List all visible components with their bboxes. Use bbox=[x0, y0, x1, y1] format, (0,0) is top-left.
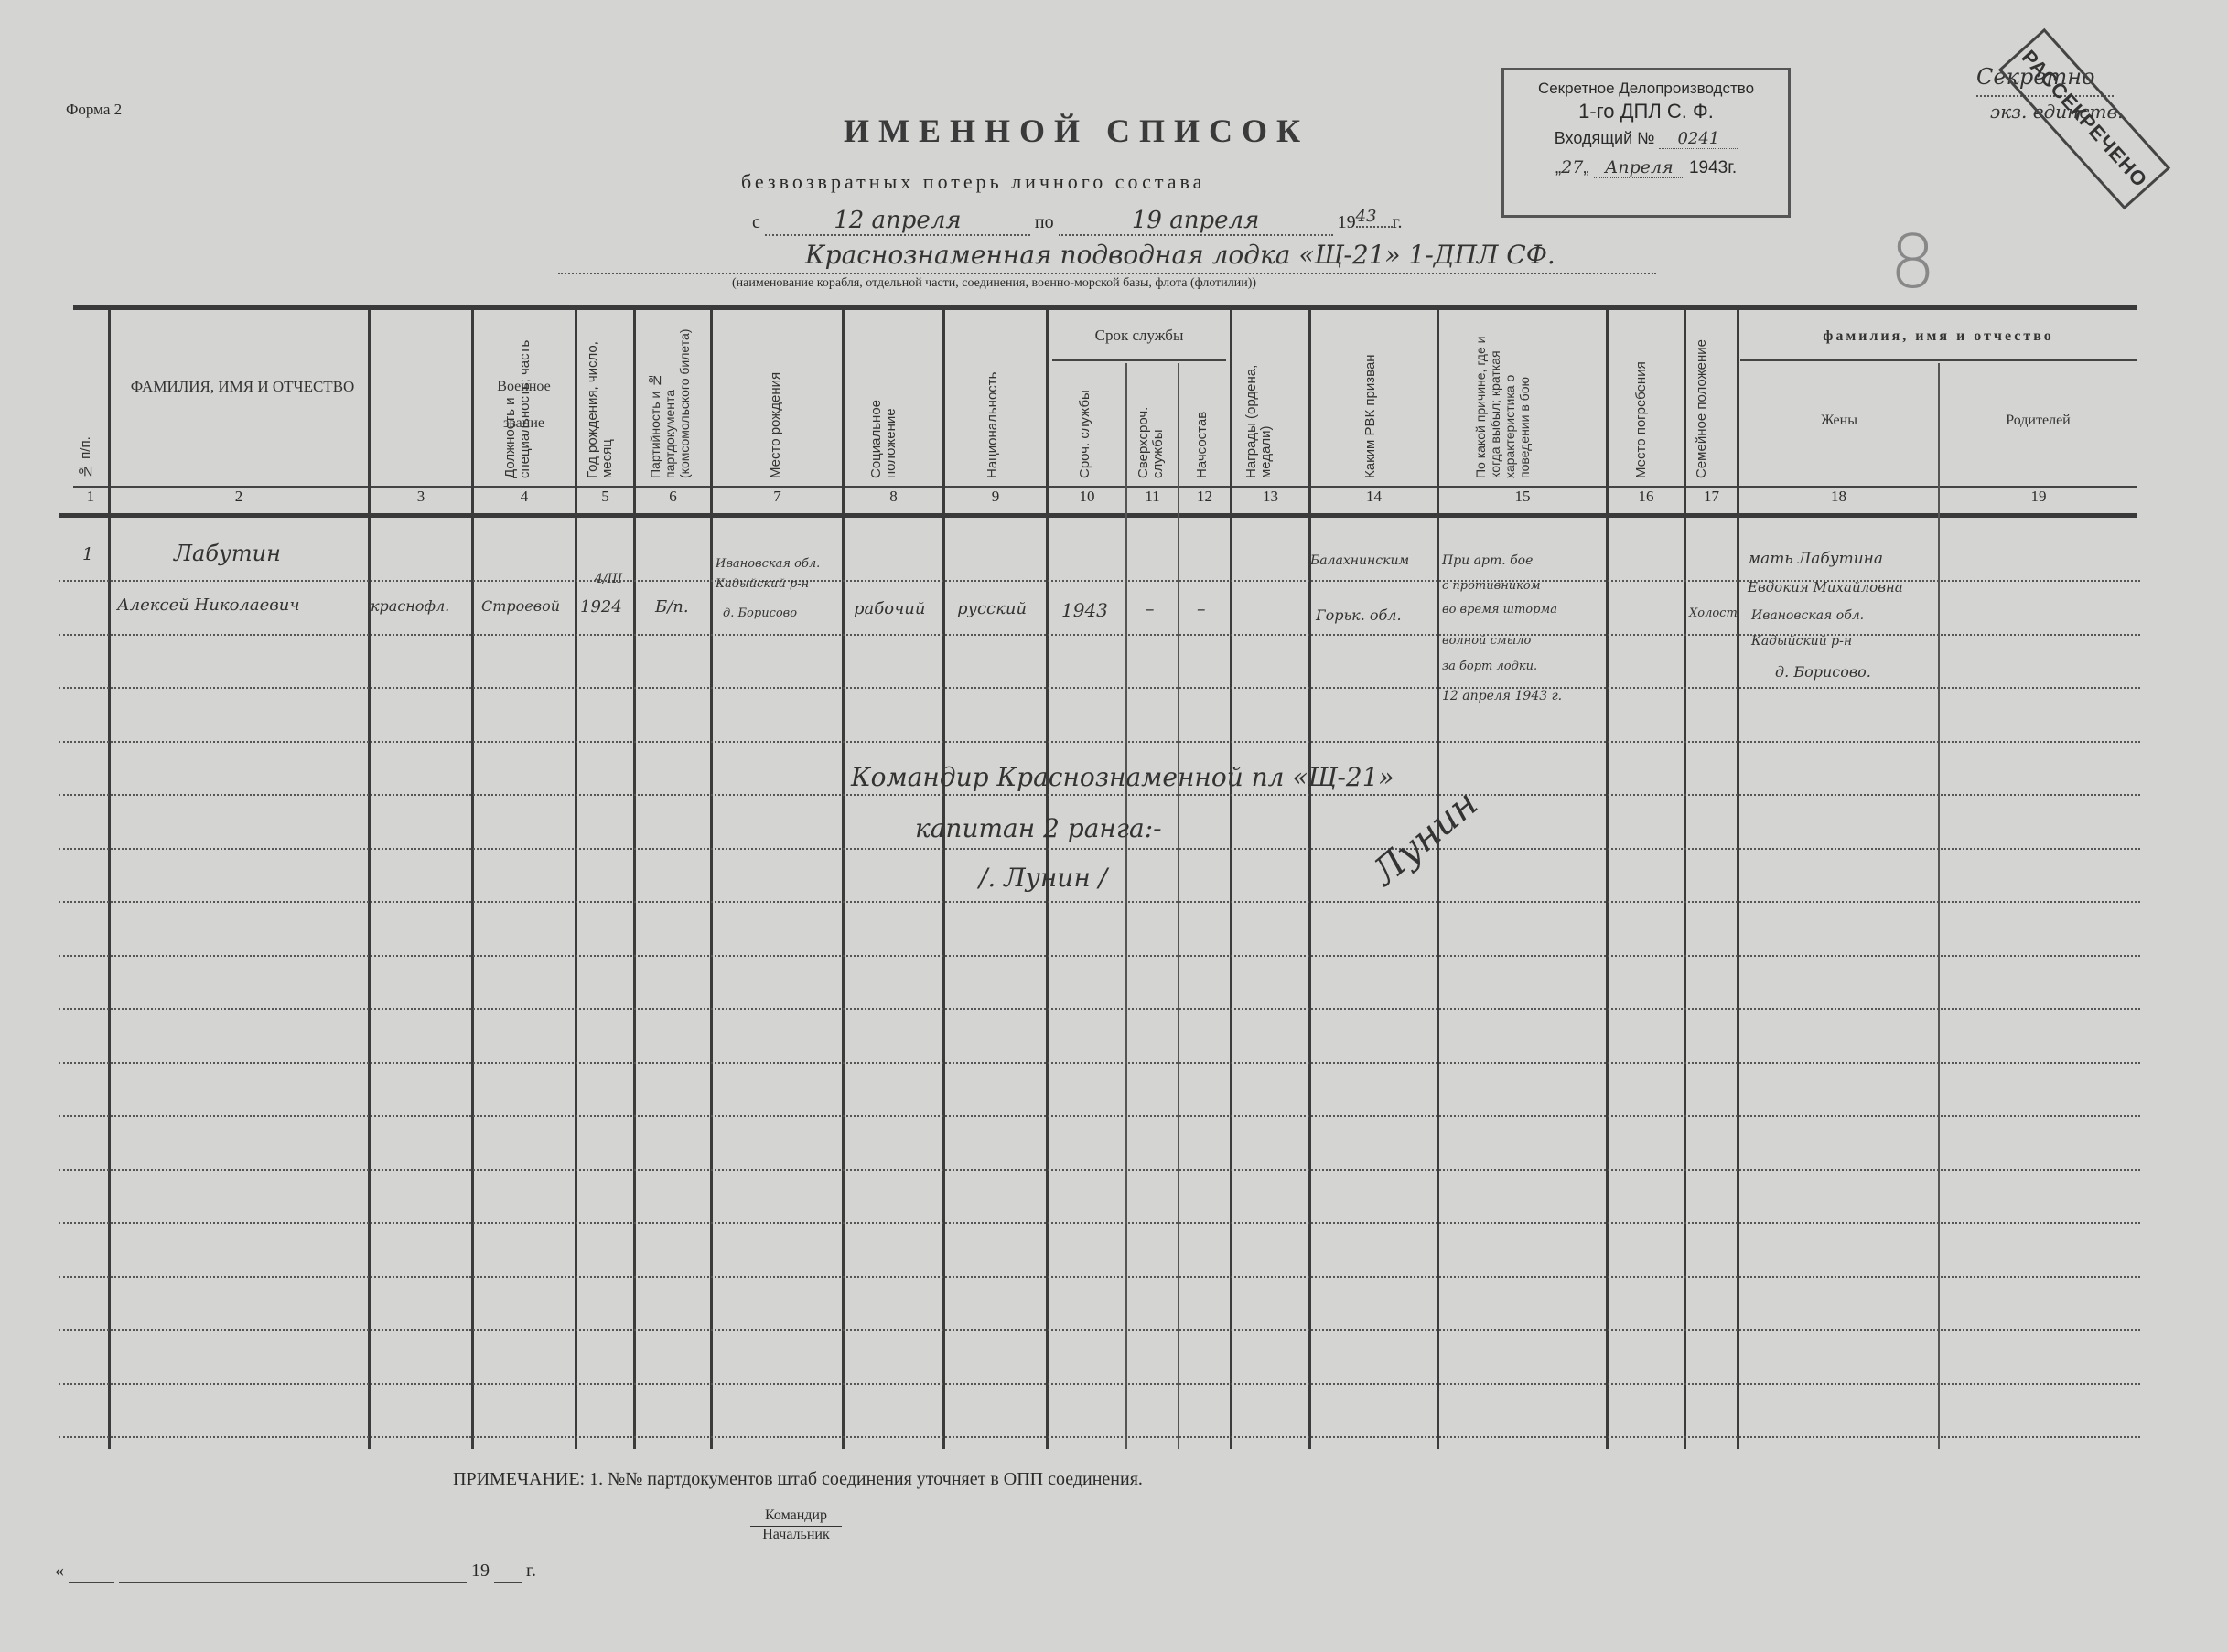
rank: краснофл. bbox=[371, 597, 449, 615]
period-year-prefix: 19 bbox=[1338, 212, 1356, 232]
col-header-19: Родителей bbox=[1940, 413, 2137, 429]
date-month-blank bbox=[119, 1561, 467, 1583]
col-num: 15 bbox=[1439, 488, 1606, 506]
col-header-1: № п/п. bbox=[79, 424, 93, 478]
col-header-16: Место погребения bbox=[1634, 332, 1649, 478]
col-num: 3 bbox=[371, 488, 471, 506]
col-header-5: Год рождения, число, месяц bbox=[586, 314, 622, 478]
col-header-17: Семейное положение bbox=[1695, 332, 1728, 478]
col-header-8: Социальное положение bbox=[869, 332, 915, 478]
period-to-value: 19 апреля bbox=[1059, 207, 1333, 236]
col-num: 12 bbox=[1179, 488, 1230, 506]
stamp-month: Апреля bbox=[1594, 157, 1684, 178]
unit-name: Краснознаменная подводная лодка «Щ-21» 1… bbox=[805, 240, 1555, 270]
period-year-suffix: г. bbox=[1393, 212, 1403, 232]
name-patronymic: Алексей Николаевич bbox=[117, 595, 300, 615]
date-year-blank bbox=[494, 1561, 522, 1583]
col-divider bbox=[1938, 363, 1940, 1449]
position: Строевой bbox=[481, 597, 560, 615]
date-year-prefix: 19 bbox=[471, 1561, 490, 1581]
relative-line-1: мать Лабутина bbox=[1748, 550, 1883, 568]
stamp-year: 1943г. bbox=[1689, 158, 1737, 177]
col-num: 6 bbox=[636, 488, 710, 506]
col-header-9: Национальность bbox=[985, 332, 1000, 478]
page-number: 8 bbox=[1889, 220, 1936, 305]
date-quote: « bbox=[55, 1561, 64, 1581]
period-year-value: 43 bbox=[1356, 207, 1393, 228]
stamp-incoming-number: 0241 bbox=[1659, 129, 1738, 149]
col-num: 16 bbox=[1609, 488, 1684, 506]
service-term-group: Срок службы bbox=[1052, 327, 1226, 345]
col-divider bbox=[1606, 310, 1609, 1449]
unit-caption: (наименование корабля, отдельной части, … bbox=[732, 276, 1256, 291]
col-num: 5 bbox=[577, 488, 633, 506]
col-header-18: Жены bbox=[1740, 413, 1938, 429]
command-staff: – bbox=[1197, 599, 1206, 619]
regular-service-year: 1943 bbox=[1061, 599, 1108, 621]
col-divider bbox=[1230, 310, 1232, 1449]
rvk-1: Балахнинским bbox=[1310, 553, 1409, 568]
col-divider bbox=[710, 310, 713, 1449]
row-line bbox=[59, 1008, 2140, 1010]
row-line bbox=[59, 1169, 2140, 1171]
row-line bbox=[59, 1329, 2140, 1331]
stamp-line-3: Входящий № 0241 bbox=[1504, 129, 1788, 148]
table-top-rule bbox=[73, 305, 2137, 310]
social-status: рабочий bbox=[854, 599, 925, 618]
period-from-prefix: с bbox=[752, 212, 760, 232]
document-title: ИМЕННОЙ СПИСОК bbox=[844, 112, 1309, 150]
family-status: Холост bbox=[1689, 606, 1738, 620]
row-line bbox=[59, 848, 2140, 850]
commander-chief-label: Командир Начальник bbox=[750, 1507, 842, 1543]
col-header-4: Должность и специальность; часть bbox=[503, 314, 558, 478]
row-line bbox=[59, 901, 2140, 903]
birth-year: 1924 bbox=[580, 597, 622, 617]
reason-line-4: волной смыло bbox=[1442, 634, 1531, 648]
surname: Лабутин bbox=[174, 541, 281, 566]
birthplace-village: д. Борисово bbox=[723, 606, 797, 620]
stamp-day: 27 bbox=[1561, 157, 1583, 177]
relative-line-3: Ивановская обл. bbox=[1751, 608, 1864, 623]
row-line bbox=[59, 687, 2140, 689]
row-line bbox=[59, 1115, 2140, 1117]
col-num: 19 bbox=[1941, 488, 2137, 506]
col-num: 17 bbox=[1686, 488, 1737, 506]
col-divider bbox=[1308, 310, 1311, 1449]
reason-line-6: 12 апреля 1943 г. bbox=[1442, 689, 1562, 703]
col-num: 11 bbox=[1127, 488, 1178, 506]
col-num: 8 bbox=[845, 488, 942, 506]
relative-line-5: д. Борисово. bbox=[1775, 663, 1871, 681]
row-line bbox=[59, 1062, 2140, 1064]
period-from-value: 12 апреля bbox=[765, 207, 1030, 236]
relative-line-4: Кадыйский р-н bbox=[1751, 634, 1852, 649]
unit-name-line: Краснознаменная подводная лодка «Щ-21» 1… bbox=[558, 240, 1656, 274]
birthplace-region: Ивановская обл. bbox=[716, 557, 820, 571]
col-header-10: Сроч. службы bbox=[1078, 369, 1092, 478]
col-header-6: Партийность и № партдокумента (комсомоль… bbox=[648, 314, 699, 478]
reason-line-1: При арт. бое bbox=[1442, 553, 1533, 568]
col-header-7: Место рождения bbox=[769, 332, 783, 478]
footer-date-line: « 19 г. bbox=[55, 1561, 604, 1583]
period-to-prefix: по bbox=[1035, 212, 1054, 232]
col-num: 18 bbox=[1739, 488, 1938, 506]
col-divider bbox=[942, 310, 945, 1449]
stamp-line-2: 1-го ДПЛ С. Ф. bbox=[1504, 100, 1788, 123]
reporting-period: с 12 апреля по 19 апреля 1943г. bbox=[752, 207, 1466, 240]
stamp-incoming-label: Входящий № bbox=[1555, 129, 1655, 147]
col-divider bbox=[1737, 310, 1739, 1449]
reason-line-3: во время шторма bbox=[1442, 603, 1557, 617]
col-num: 9 bbox=[945, 488, 1046, 506]
col-num: 13 bbox=[1232, 488, 1308, 506]
col-divider bbox=[1125, 363, 1127, 1449]
col-header-15: По какой причине, где и когда выбыл; кра… bbox=[1473, 314, 1565, 478]
col-num: 14 bbox=[1311, 488, 1437, 506]
col-divider bbox=[633, 310, 636, 1449]
col-divider bbox=[108, 310, 111, 1449]
commander-label: Командир bbox=[750, 1507, 842, 1527]
col-divider bbox=[575, 310, 577, 1449]
col-divider bbox=[368, 310, 371, 1449]
chief-label: Начальник bbox=[750, 1527, 842, 1543]
row-line bbox=[59, 794, 2140, 796]
col-divider bbox=[1178, 363, 1179, 1449]
signature-line-1: Командир Краснознаменной пл «Щ-21» bbox=[851, 762, 1394, 792]
stamp-line-4: „27„ Апреля 1943г. bbox=[1504, 157, 1788, 178]
col-header-11: Сверхсроч. службы bbox=[1136, 369, 1169, 478]
row-line bbox=[59, 741, 2140, 743]
document-subtitle: безвозвратных потерь личного состава bbox=[741, 170, 1205, 194]
col-divider bbox=[1437, 310, 1439, 1449]
signature-line-2: капитан 2 ранга:- bbox=[915, 813, 1162, 843]
birthplace-district: Кадыйский р-н bbox=[716, 577, 809, 591]
row-line bbox=[59, 1383, 2140, 1385]
row-line bbox=[59, 955, 2140, 957]
row-number: 1 bbox=[82, 544, 93, 564]
service-group-rule bbox=[1052, 359, 1226, 361]
col-num: 4 bbox=[474, 488, 575, 506]
reason-line-5: за борт лодки. bbox=[1442, 660, 1537, 673]
col-divider bbox=[1684, 310, 1686, 1449]
party-membership: Б/п. bbox=[655, 597, 689, 617]
incoming-registry-stamp: Секретное Делопроизводство 1-го ДПЛ С. Ф… bbox=[1501, 68, 1791, 218]
rvk-2: Горьк. обл. bbox=[1316, 606, 1402, 624]
nationality: русский bbox=[957, 599, 1027, 618]
relative-line-2: Евдокия Михайловна bbox=[1748, 579, 1903, 595]
row-line bbox=[59, 1222, 2140, 1224]
autograph: Лунин bbox=[1364, 782, 1486, 894]
row-line bbox=[59, 1436, 2140, 1438]
reason-line-2: с противником bbox=[1442, 579, 1541, 593]
form-number: Форма 2 bbox=[66, 101, 122, 119]
col-num: 10 bbox=[1049, 488, 1125, 506]
col-divider bbox=[471, 310, 474, 1449]
date-day-blank bbox=[69, 1561, 114, 1583]
col-num: 1 bbox=[73, 488, 108, 506]
col-header-2: ФАМИЛИЯ, ИМЯ И ОТЧЕСТВО bbox=[119, 369, 366, 405]
col-num: 7 bbox=[713, 488, 842, 506]
family-group: фамилия, имя и отчество bbox=[1740, 328, 2137, 345]
col-header-13: Награды (ордена, медали) bbox=[1244, 332, 1296, 478]
date-year-suffix: г. bbox=[526, 1561, 536, 1581]
col-header-12: Начсостав bbox=[1195, 369, 1210, 478]
stamp-line-1: Секретное Делопроизводство bbox=[1504, 80, 1788, 98]
col-divider bbox=[842, 310, 845, 1449]
col-num: 2 bbox=[110, 488, 368, 506]
row-line bbox=[59, 1276, 2140, 1278]
birth-day-month: 4/III bbox=[595, 572, 622, 586]
signature-line-3: /. Лунин / bbox=[979, 863, 1107, 893]
family-group-rule bbox=[1740, 359, 2137, 361]
col-header-14: Каким РВК призван bbox=[1363, 314, 1378, 478]
footnote: ПРИМЕЧАНИЕ: 1. №№ партдокументов штаб со… bbox=[453, 1469, 1143, 1490]
extended-service: – bbox=[1146, 599, 1155, 619]
casualty-table: № п/п. ФАМИЛИЯ, ИМЯ И ОТЧЕСТВО Военное з… bbox=[73, 305, 2137, 1453]
